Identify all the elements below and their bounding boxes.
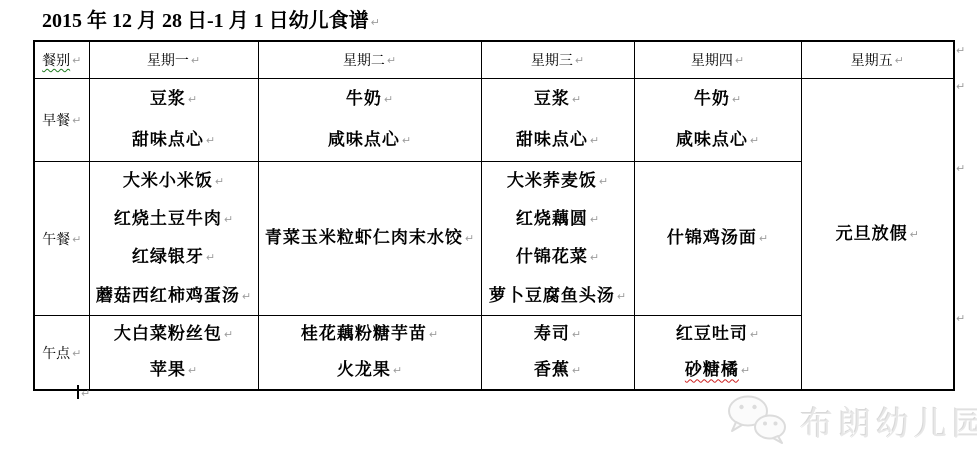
paragraph-mark-icon: ↵ [384,93,393,106]
header-cell-thursday[interactable]: 星期四↵ [634,41,801,79]
paragraph-mark-icon: ↵ [206,251,215,264]
row-end-paragraph-mark-icon: ↵ [956,44,965,57]
watermark-text: 布朗幼儿园 [800,398,977,445]
paragraph-mark-icon: ↵ [910,228,919,241]
paragraph-mark-icon: ↵ [224,213,233,226]
menu-item: 红烧藕圆↵ [482,210,634,229]
menu-item: 牛奶↵ [635,90,801,109]
row-label-breakfast[interactable]: 早餐↵ [34,79,89,162]
menu-item: 豆浆↵ [482,90,634,109]
menu-item: 红豆吐司↵ [635,325,801,344]
menu-item: 青菜玉米粒虾仁肉末水饺↵ [259,229,481,248]
menu-item: 大白菜粉丝包↵ [90,325,258,344]
paragraph-mark-icon: ↵ [242,290,251,303]
paragraph-mark-icon: ↵ [429,328,438,341]
paragraph-mark-icon: ↵ [599,175,608,188]
menu-item: 咸味点心↵ [635,131,801,150]
header-cell-wednesday[interactable]: 星期三↵ [481,41,634,79]
menu-item: 砂糖橘↵ [635,361,801,380]
header-label: 餐别 [42,54,70,69]
paragraph-mark-icon: ↵ [72,347,81,360]
text-cursor [77,385,79,399]
paragraph-mark-icon: ↵ [188,93,197,106]
menu-item: 什锦鸡汤面↵ [635,229,801,248]
paragraph-mark-icon: ↵ [750,328,759,341]
menu-item: 火龙果↵ [259,361,481,380]
row-label-text: 午点 [42,347,70,362]
cell-lunch-wednesday[interactable]: 大米荞麦饭↵ 红烧藕圆↵ 什锦花菜↵ 萝卜豆腐鱼头汤↵ [481,162,634,316]
header-label: 星期二 [343,54,385,69]
paragraph-mark-icon: ↵ [759,232,768,245]
menu-item: 大米荞麦饭↵ [482,172,634,191]
header-label: 星期一 [147,54,189,69]
watermark: 布朗幼儿园 [726,394,977,449]
paragraph-mark-icon: ↵ [72,54,81,67]
menu-item: 牛奶↵ [259,90,481,109]
cell-friday-holiday[interactable]: 元旦放假↵ [801,79,954,391]
cell-snack-tuesday[interactable]: 桂花藕粉糖芋苗↵ 火龙果↵ [258,316,481,391]
paragraph-mark-icon: ↵ [371,16,380,29]
menu-item: 什锦花菜↵ [482,248,634,267]
paragraph-mark-icon: ↵ [572,328,581,341]
header-label: 星期五 [851,54,893,69]
menu-item: 甜味点心↵ [90,131,258,150]
menu-item: 咸味点心↵ [259,131,481,150]
header-label: 星期四 [691,54,733,69]
paragraph-mark-icon: ↵ [741,364,750,377]
cell-breakfast-thursday[interactable]: 牛奶↵ 咸味点心↵ [634,79,801,162]
row-label-text: 早餐 [42,114,70,129]
menu-item: 香蕉↵ [482,361,634,380]
menu-item: 寿司↵ [482,325,634,344]
paragraph-mark-icon: ↵ [393,364,402,377]
cell-breakfast-monday[interactable]: 豆浆↵ 甜味点心↵ [89,79,258,162]
wechat-icon [726,394,790,449]
menu-item: 桂花藕粉糖芋苗↵ [259,325,481,344]
menu-item: 甜味点心↵ [482,131,634,150]
menu-item: 苹果↵ [90,361,258,380]
menu-table: 餐别↵ 星期一↵ 星期二↵ 星期三↵ 星期四↵ 星期五↵ 早餐↵ 豆浆↵ 甜味点… [33,40,955,391]
cell-snack-monday[interactable]: 大白菜粉丝包↵ 苹果↵ [89,316,258,391]
paragraph-mark-icon: ↵ [191,54,200,67]
cell-lunch-monday[interactable]: 大米小米饭↵ 红烧土豆牛肉↵ 红绿银牙↵ 蘑菇西红柿鸡蛋汤↵ [89,162,258,316]
header-cell-tuesday[interactable]: 星期二↵ [258,41,481,79]
header-cell-meal-type[interactable]: 餐别↵ [34,41,89,79]
row-end-paragraph-mark-icon: ↵ [956,312,965,325]
cell-breakfast-wednesday[interactable]: 豆浆↵ 甜味点心↵ [481,79,634,162]
cell-snack-wednesday[interactable]: 寿司↵ 香蕉↵ [481,316,634,391]
paragraph-mark-icon: ↵ [572,364,581,377]
paragraph-mark-icon: ↵ [895,54,904,67]
holiday-text: 元旦放假↵ [802,225,954,244]
paragraph-mark-icon: ↵ [81,387,90,400]
page-title[interactable]: 2015 年 12 月 28 日-1 月 1 日幼儿食谱↵ [42,4,380,33]
paragraph-mark-icon: ↵ [590,134,599,147]
cell-breakfast-tuesday[interactable]: 牛奶↵ 咸味点心↵ [258,79,481,162]
row-label-text: 午餐 [42,233,70,248]
paragraph-mark-icon: ↵ [750,134,759,147]
row-end-paragraph-mark-icon: ↵ [956,162,965,175]
paragraph-mark-icon: ↵ [590,213,599,226]
paragraph-mark-icon: ↵ [206,134,215,147]
menu-item: 萝卜豆腐鱼头汤↵ [482,287,634,306]
row-end-paragraph-mark-icon: ↵ [956,80,965,93]
breakfast-row: 早餐↵ 豆浆↵ 甜味点心↵ 牛奶↵ 咸味点心↵ 豆浆↵ 甜味点心↵ 牛奶↵ 咸味… [34,79,954,162]
paragraph-mark-icon: ↵ [572,93,581,106]
paragraph-mark-icon: ↵ [215,175,224,188]
cell-lunch-tuesday[interactable]: 青菜玉米粒虾仁肉末水饺↵ [258,162,481,316]
menu-item: 大米小米饭↵ [90,172,258,191]
cell-snack-thursday[interactable]: 红豆吐司↵ 砂糖橘↵ [634,316,801,391]
header-label: 星期三 [531,54,573,69]
menu-item: 豆浆↵ [90,90,258,109]
cell-lunch-thursday[interactable]: 什锦鸡汤面↵ [634,162,801,316]
row-label-lunch[interactable]: 午餐↵ [34,162,89,316]
paragraph-mark-icon: ↵ [188,364,197,377]
header-cell-monday[interactable]: 星期一↵ [89,41,258,79]
paragraph-mark-icon: ↵ [387,54,396,67]
paragraph-mark-icon: ↵ [575,54,584,67]
page-title-text: 2015 年 12 月 28 日-1 月 1 日幼儿食谱 [42,10,369,32]
menu-item: 红烧土豆牛肉↵ [90,210,258,229]
menu-item: 红绿银牙↵ [90,248,258,267]
header-cell-friday[interactable]: 星期五↵ [801,41,954,79]
header-row: 餐别↵ 星期一↵ 星期二↵ 星期三↵ 星期四↵ 星期五↵ [34,41,954,79]
paragraph-mark-icon: ↵ [735,54,744,67]
row-label-snack[interactable]: 午点↵ [34,316,89,391]
paragraph-mark-icon: ↵ [402,134,411,147]
paragraph-mark-icon: ↵ [224,328,233,341]
paragraph-mark-icon: ↵ [732,93,741,106]
paragraph-mark-icon: ↵ [590,251,599,264]
paragraph-mark-icon: ↵ [72,233,81,246]
paragraph-mark-icon: ↵ [72,114,81,127]
paragraph-mark-icon: ↵ [617,290,626,303]
paragraph-mark-icon: ↵ [465,232,474,245]
menu-item: 蘑菇西红柿鸡蛋汤↵ [90,287,258,306]
